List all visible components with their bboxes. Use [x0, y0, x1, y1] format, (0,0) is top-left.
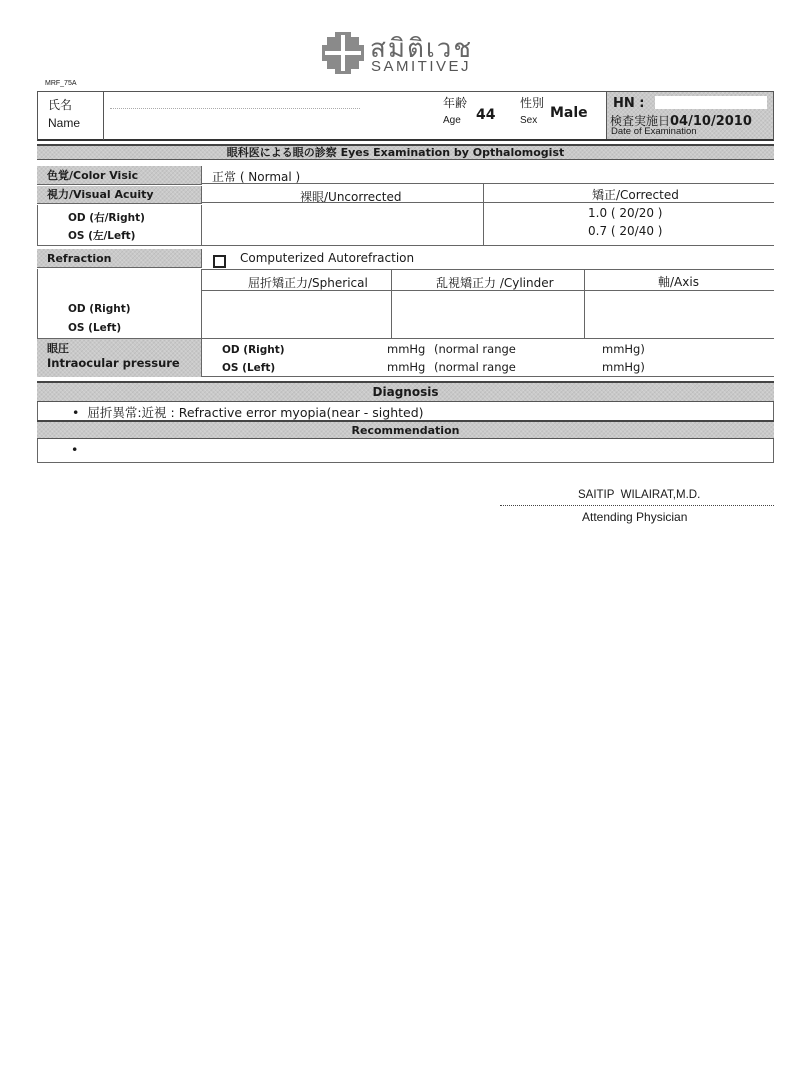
visual-acuity-label: 視力/Visual Acuity — [37, 186, 202, 204]
hospital-logo: สมิติเวช SAMITIVEJ — [322, 30, 522, 80]
diagnosis-text: 屈折異常:近視 : Refractive error myopia(near -… — [87, 405, 423, 420]
age-label-jp: 年齢 — [443, 95, 467, 112]
iop-od-range-unit: mmHg) — [602, 342, 645, 356]
iop-label-en: Intraocular pressure — [47, 356, 201, 371]
diagnosis-bar: Diagnosis — [37, 381, 774, 402]
iop-label-jp: 眼圧 — [47, 341, 201, 356]
iop-od-unit: mmHg — [387, 342, 425, 356]
divider — [202, 376, 774, 377]
name-label-jp: 氏名 — [48, 96, 103, 114]
exam-date-label-en: Date of Examination — [611, 127, 697, 137]
logo-english-name: SAMITIVEJ — [371, 58, 471, 75]
hn-date-box: HN : 検査実施日04/10/2010 Date of Examination — [606, 92, 773, 139]
bullet-icon: • — [71, 442, 78, 457]
section-title-bar: 眼科医による眼の診察 Eyes Examination by Opthalomo… — [37, 144, 774, 160]
divider — [483, 184, 484, 245]
va-od-label: OD (右/Right) — [68, 209, 201, 227]
col-spherical: 屈折矯正力/Spherical — [248, 274, 368, 291]
color-vision-label: 色覚/Color Visic — [37, 166, 202, 185]
recommendation-list: • — [37, 439, 774, 463]
age-value: 44 — [476, 107, 495, 123]
va-eye-labels: OD (右/Right) OS (左/Left) — [37, 205, 202, 245]
refraction-os-label: OS (Left) — [68, 319, 201, 337]
va-os-label: OS (左/Left) — [68, 227, 201, 245]
section-title: 眼科医による眼の診察 Eyes Examination by Opthalomo… — [227, 146, 565, 159]
sex-label: 性別 Sex — [520, 95, 544, 129]
refraction-eye-labels: OD (Right) OS (Left) — [37, 269, 202, 338]
col-corrected: 矯正/Corrected — [592, 186, 679, 203]
recommendation-title: Recommendation — [352, 424, 460, 437]
signature-line — [500, 505, 774, 506]
name-field — [110, 108, 360, 109]
divider — [202, 269, 774, 270]
diagnosis-list: • 屈折異常:近視 : Refractive error myopia(near… — [37, 402, 774, 420]
physician-title: Attending Physician — [582, 510, 687, 524]
sex-label-en: Sex — [520, 112, 544, 129]
iop-od-label: OD (Right) — [222, 344, 285, 356]
iop-label: 眼圧 Intraocular pressure — [37, 339, 202, 377]
iop-os-unit: mmHg — [387, 360, 425, 374]
name-label-en: Name — [48, 114, 103, 132]
age-label: 年齢 Age — [443, 95, 467, 129]
diagnosis-title: Diagnosis — [373, 385, 439, 399]
medical-cross-icon — [322, 32, 364, 74]
divider — [202, 202, 774, 203]
refraction-od-label: OD (Right) — [68, 300, 201, 319]
divider — [202, 290, 774, 291]
diagnosis-item: • 屈折異常:近視 : Refractive error myopia(near… — [72, 403, 424, 421]
physician-name: SAITIP WILAIRAT,M.D. — [578, 489, 700, 501]
refraction-label: Refraction — [37, 249, 202, 268]
iop-os-label: OS (Left) — [222, 362, 275, 374]
recommendation-item: • — [71, 442, 78, 457]
hn-label: HN : — [613, 96, 644, 111]
iop-od-range-label: (normal range — [434, 342, 516, 356]
va-os-corrected: 0.7 ( 20/40 ) — [588, 224, 662, 238]
bullet-icon: • — [72, 405, 87, 420]
sex-value: Male — [550, 105, 588, 121]
divider — [584, 269, 585, 338]
iop-os-range-unit: mmHg) — [602, 360, 645, 374]
name-label: 氏名 Name — [38, 92, 104, 140]
age-label-en: Age — [443, 112, 467, 129]
form-code: MRF_75A — [45, 80, 77, 87]
divider — [391, 269, 392, 338]
divider — [37, 245, 774, 246]
sex-label-jp: 性別 — [520, 95, 544, 112]
recommendation-bar: Recommendation — [37, 420, 774, 439]
patient-header: 氏名 Name 年齢 Age 44 性別 Sex Male HN : 検査実施日… — [37, 91, 774, 141]
hn-value — [655, 96, 767, 109]
iop-os-range-label: (normal range — [434, 360, 516, 374]
autorefraction-label: Computerized Autorefraction — [240, 251, 414, 265]
divider — [202, 183, 774, 184]
autorefraction-checkbox[interactable] — [213, 255, 226, 268]
va-od-corrected: 1.0 ( 20/20 ) — [588, 206, 662, 220]
col-axis: 軸/Axis — [658, 273, 699, 290]
col-cylinder: 乱視矯正力 /Cylinder — [436, 274, 554, 291]
